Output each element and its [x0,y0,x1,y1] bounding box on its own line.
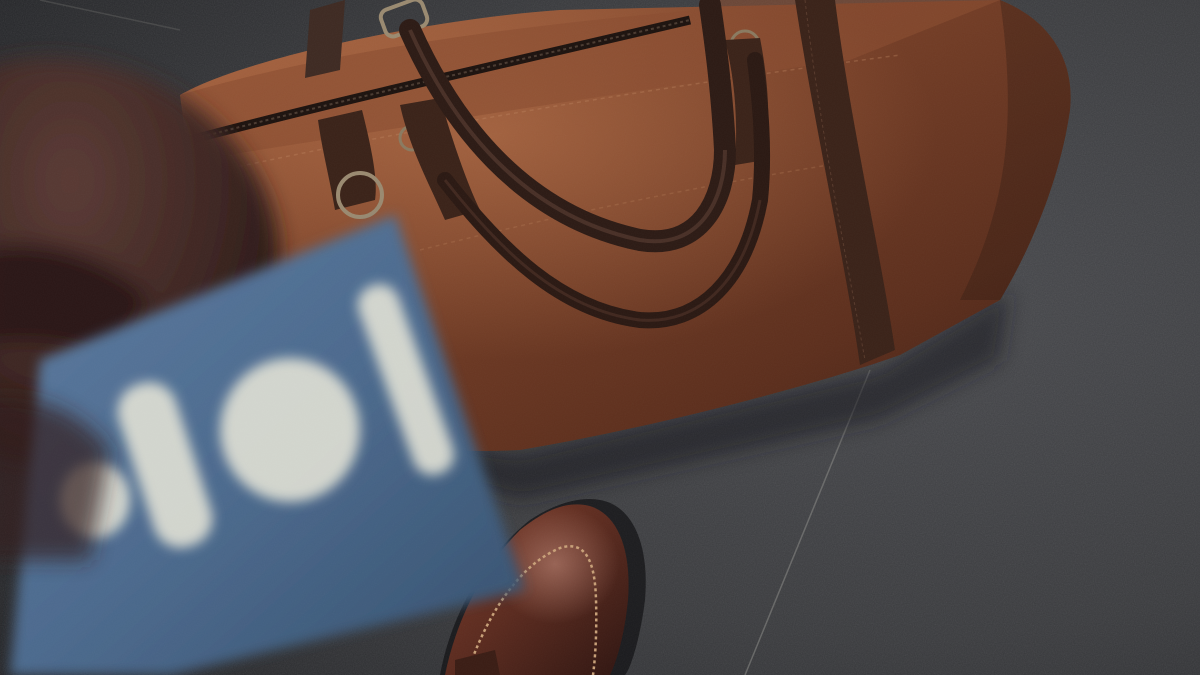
photo-scene: Close-up of a hand holding a blurred blu… [0,0,1200,675]
scene-illustration [0,0,1200,675]
